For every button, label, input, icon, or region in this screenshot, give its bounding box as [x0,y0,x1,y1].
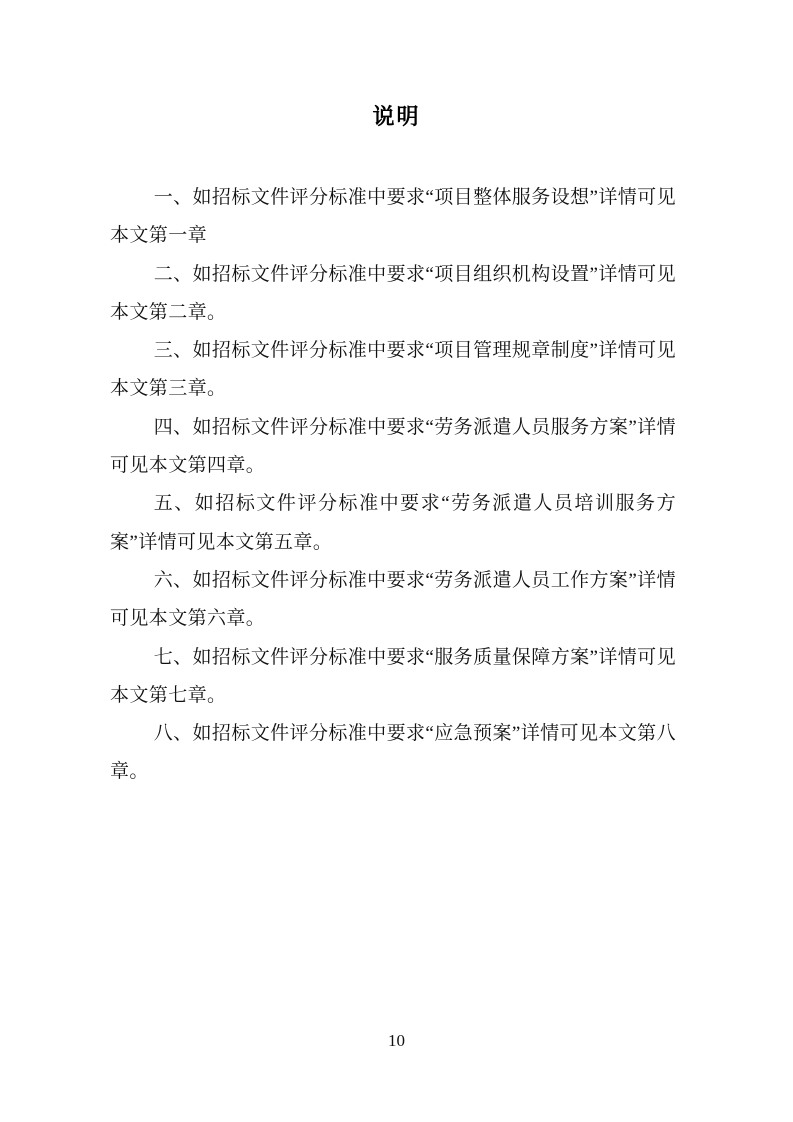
paragraph-3: 三、如招标文件评分标准中要求“项目管理规章制度”详情可见本文第三章。 [110,332,676,409]
document-body: 一、如招标文件评分标准中要求“项目整体服务设想”详情可见本文第一章 二、如招标文… [110,179,676,792]
paragraph-5: 五、如招标文件评分标准中要求“劳务派遣人员培训服务方案”详情可见本文第五章。 [110,485,676,562]
paragraph-8: 八、如招标文件评分标准中要求“应急预案”详情可见本文第八章。 [110,715,676,792]
page-title: 说明 [0,103,793,131]
paragraph-4: 四、如招标文件评分标准中要求“劳务派遣人员服务方案”详情可见本文第四章。 [110,409,676,486]
document-page: 说明 一、如招标文件评分标准中要求“项目整体服务设想”详情可见本文第一章 二、如… [0,0,793,1122]
paragraph-1: 一、如招标文件评分标准中要求“项目整体服务设想”详情可见本文第一章 [110,179,676,256]
paragraph-7: 七、如招标文件评分标准中要求“服务质量保障方案”详情可见本文第七章。 [110,639,676,716]
page-number: 10 [0,1030,793,1052]
paragraph-2: 二、如招标文件评分标准中要求“项目组织机构设置”详情可见本文第二章。 [110,256,676,333]
paragraph-6: 六、如招标文件评分标准中要求“劳务派遣人员工作方案”详情可见本文第六章。 [110,562,676,639]
